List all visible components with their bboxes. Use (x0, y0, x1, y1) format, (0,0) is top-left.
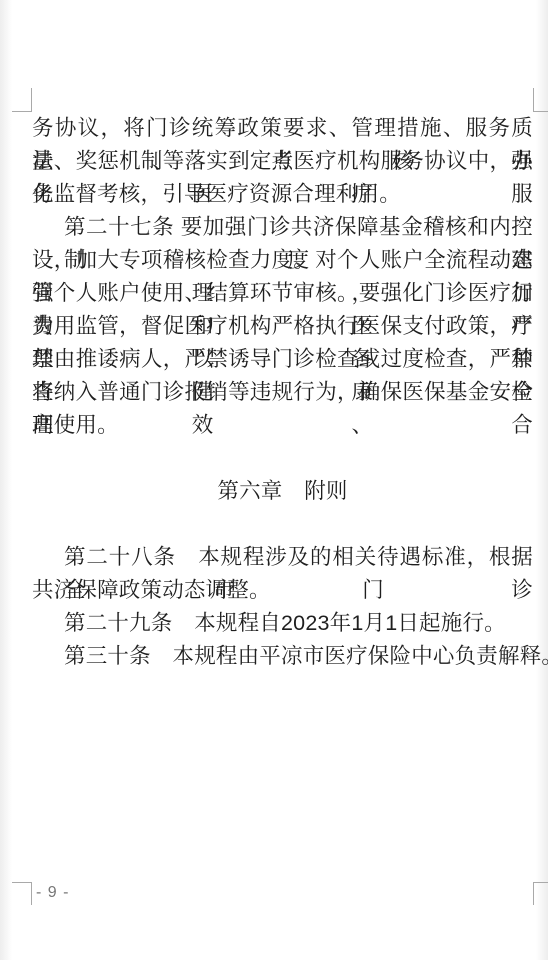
page-edge-shadow-right (536, 0, 548, 960)
doc-line: 法、奖惩机制等落实到定点医疗机构服务协议中，强化医疗服 (32, 145, 533, 178)
page-edge-shadow-left (0, 0, 12, 960)
article-28-first-line: 第二十八条 本规程涉及的相关待遇标准，根据全市门诊 (32, 541, 533, 574)
crop-mark-bottom-left-icon (12, 882, 32, 905)
doc-line: 理由推诿病人，严禁诱导门诊检查或过度检查，严禁将健康检 (32, 343, 533, 376)
doc-line: 务协议，将门诊统筹政策要求、管理措施、服务质量、考核办 (32, 112, 533, 145)
crop-mark-top-right-icon (533, 88, 548, 112)
chapter-heading: 第六章 附则 (32, 475, 533, 508)
page-number: - 9 - (36, 883, 69, 903)
document-page: 务协议，将门诊统筹政策要求、管理措施、服务质量、考核办 法、奖惩机制等落实到定点… (0, 0, 548, 960)
crop-mark-top-left-icon (12, 88, 32, 112)
doc-line: 费用监管，督促医疗机构严格执行医保支付政策，严禁以各种 (32, 310, 533, 343)
doc-line: 查纳入普通门诊报销等违规行为，确保医保基金安全高效、合 (32, 376, 533, 409)
article-29-line: 第二十九条 本规程自2023年1月1日起施行。 (32, 607, 533, 640)
article-30-line: 第三十条 本规程由平凉市医疗保险中心负责解释。 (32, 640, 533, 673)
doc-line: 设，加大专项稽核检查力度。对个人账户全流程动态管理，加 (32, 244, 533, 277)
article-27-first-line: 第二十七条 要加强门诊共济保障基金稽核和内控制度建 (32, 211, 533, 244)
crop-mark-bottom-right-icon (533, 882, 548, 905)
doc-line: 强个人账户使用、结算环节审核。要强化门诊医疗行为和医疗 (32, 277, 533, 310)
document-text-area: 务协议，将门诊统筹政策要求、管理措施、服务质量、考核办 法、奖惩机制等落实到定点… (32, 112, 533, 673)
